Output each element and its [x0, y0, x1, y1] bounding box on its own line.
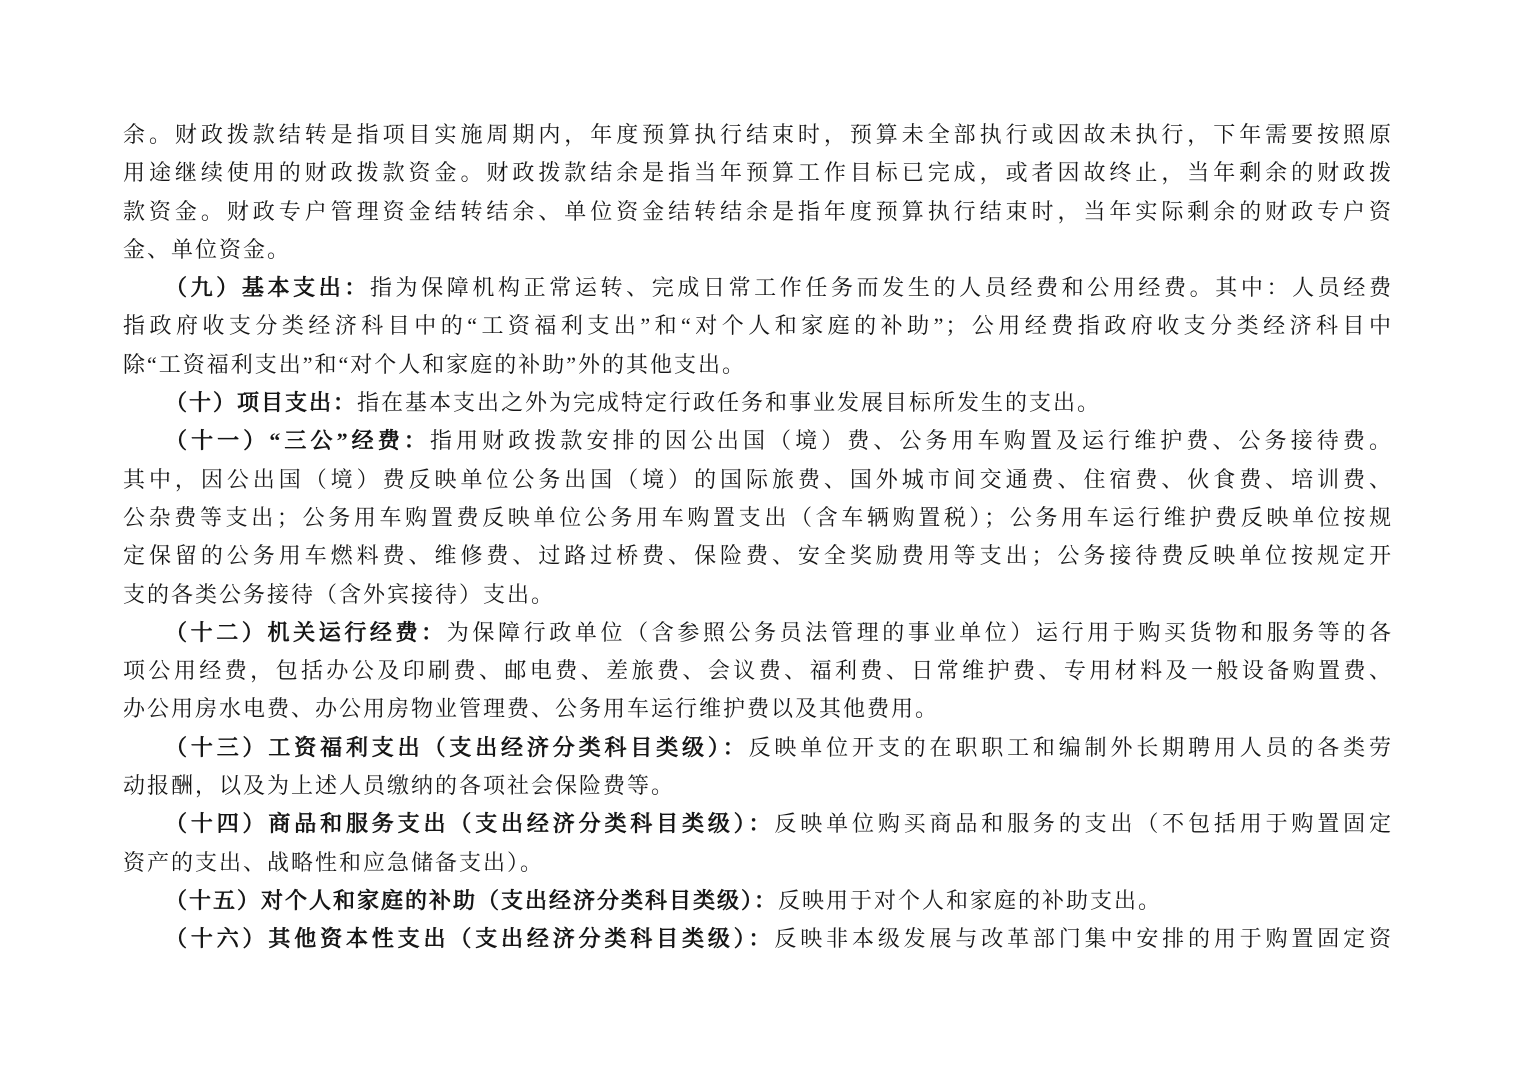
- line-text: 反映用于对个人和家庭的补助支出。: [778, 888, 1162, 913]
- doc-line: 定保留的公务用车燃料费、维修费、过路过桥费、保险费、安全奖励费用等支出；公务接待…: [123, 537, 1393, 575]
- doc-line: 用途继续使用的财政拨款资金。财政拨款结余是指当年预算工作目标已完成，或者因故终止…: [123, 154, 1393, 192]
- doc-line: 余。财政拨款结转是指项目实施周期内，年度预算执行结束时，预算未全部执行或因故未执…: [123, 116, 1393, 154]
- term-heading: （十）项目支出：: [165, 390, 357, 415]
- line-text: 其中，因公出国（境）费反映单位公务出国（境）的国际旅费、国外城市间交通费、住宿费…: [123, 467, 1393, 492]
- line-text: 金、单位资金。: [123, 237, 291, 262]
- line-text: 公杂费等支出；公务用车购置费反映单位公务用车购置支出（含车辆购置税）；公务用车运…: [123, 505, 1393, 530]
- doc-line: （十四）商品和服务支出（支出经济分类科目类级）：反映单位购买商品和服务的支出（不…: [123, 805, 1393, 843]
- line-text: 为保障行政单位（含参照公务员法管理的事业单位）运行用于购买货物和服务等的各: [447, 620, 1393, 645]
- doc-line: （十一）“三公”经费：指用财政拨款安排的因公出国（境）费、公务用车购置及运行维护…: [123, 422, 1393, 460]
- doc-line: （九）基本支出：指为保障机构正常运转、完成日常工作任务而发生的人员经费和公用经费…: [123, 269, 1393, 307]
- line-text: 款资金。财政专户管理资金结转结余、单位资金结转结余是指年度预算执行结束时，当年实…: [123, 199, 1393, 224]
- term-heading: （十三）工资福利支出（支出经济分类科目类级）：: [165, 735, 749, 760]
- term-heading: （十四）商品和服务支出（支出经济分类科目类级）：: [165, 811, 774, 836]
- doc-line: 金、单位资金。: [123, 231, 1393, 269]
- doc-line: 办公用房水电费、办公用房物业管理费、公务用车运行维护费以及其他费用。: [123, 690, 1393, 728]
- line-text: 用途继续使用的财政拨款资金。财政拨款结余是指当年预算工作目标已完成，或者因故终止…: [123, 160, 1393, 185]
- doc-line: （十）项目支出：指在基本支出之外为完成特定行政任务和事业发展目标所发生的支出。: [123, 384, 1393, 422]
- doc-line: 除“工资福利支出”和“对个人和家庭的补助”外的其他支出。: [123, 346, 1393, 384]
- line-text: 指在基本支出之外为完成特定行政任务和事业发展目标所发生的支出。: [357, 390, 1101, 415]
- line-text: 办公用房水电费、办公用房物业管理费、公务用车运行维护费以及其他费用。: [123, 696, 939, 721]
- doc-line: 支的各类公务接待（含外宾接待）支出。: [123, 576, 1393, 614]
- term-heading: （十二）机关运行经费：: [165, 620, 447, 645]
- line-text: 定保留的公务用车燃料费、维修费、过路过桥费、保险费、安全奖励费用等支出；公务接待…: [123, 543, 1393, 568]
- line-text: 支的各类公务接待（含外宾接待）支出。: [123, 582, 555, 607]
- line-text: 项公用经费，包括办公及印刷费、邮电费、差旅费、会议费、福利费、日常维护费、专用材…: [123, 658, 1393, 683]
- doc-line: （十二）机关运行经费：为保障行政单位（含参照公务员法管理的事业单位）运行用于购买…: [123, 614, 1393, 652]
- doc-line: （十三）工资福利支出（支出经济分类科目类级）：反映单位开支的在职职工和编制外长期…: [123, 729, 1393, 767]
- term-heading: （十一）“三公”经费：: [165, 428, 430, 453]
- document-page: 余。财政拨款结转是指项目实施周期内，年度预算执行结束时，预算未全部执行或因故未执…: [123, 116, 1393, 959]
- document-background: { "page": { "background": "#ffffff", "te…: [0, 0, 1520, 1074]
- line-text: 反映非本级发展与改革部门集中安排的用于购置固定资: [774, 926, 1393, 951]
- doc-line: （十六）其他资本性支出（支出经济分类科目类级）：反映非本级发展与改革部门集中安排…: [123, 920, 1393, 958]
- doc-line: 项公用经费，包括办公及印刷费、邮电费、差旅费、会议费、福利费、日常维护费、专用材…: [123, 652, 1393, 690]
- doc-line: 资产的支出、战略性和应急储备支出）。: [123, 844, 1393, 882]
- doc-line: 其中，因公出国（境）费反映单位公务出国（境）的国际旅费、国外城市间交通费、住宿费…: [123, 461, 1393, 499]
- line-text: 余。财政拨款结转是指项目实施周期内，年度预算执行结束时，预算未全部执行或因故未执…: [123, 122, 1393, 147]
- doc-line: 动报酬，以及为上述人员缴纳的各项社会保险费等。: [123, 767, 1393, 805]
- line-text: 资产的支出、战略性和应急储备支出）。: [123, 850, 544, 875]
- doc-line: 公杂费等支出；公务用车购置费反映单位公务用车购置支出（含车辆购置税）；公务用车运…: [123, 499, 1393, 537]
- term-heading: （十六）其他资本性支出（支出经济分类科目类级）：: [165, 926, 774, 951]
- line-text: 指政府收支分类经济科目中的“工资福利支出”和“对个人和家庭的补助”；公用经费指政…: [123, 313, 1393, 338]
- doc-line: 款资金。财政专户管理资金结转结余、单位资金结转结余是指年度预算执行结束时，当年实…: [123, 193, 1393, 231]
- line-text: 除“工资福利支出”和“对个人和家庭的补助”外的其他支出。: [123, 352, 746, 377]
- term-heading: （十五）对个人和家庭的补助（支出经济分类科目类级）：: [165, 888, 778, 913]
- doc-line: （十五）对个人和家庭的补助（支出经济分类科目类级）：反映用于对个人和家庭的补助支…: [123, 882, 1393, 920]
- doc-line: 指政府收支分类经济科目中的“工资福利支出”和“对个人和家庭的补助”；公用经费指政…: [123, 307, 1393, 345]
- line-text: 反映单位开支的在职职工和编制外长期聘用人员的各类劳: [749, 735, 1393, 760]
- line-text: 反映单位购买商品和服务的支出（不包括用于购置固定: [774, 811, 1393, 836]
- term-heading: （九）基本支出：: [165, 275, 370, 300]
- line-text: 指用财政拨款安排的因公出国（境）费、公务用车购置及运行维护费、公务接待费。: [430, 428, 1393, 453]
- line-text: 动报酬，以及为上述人员缴纳的各项社会保险费等。: [123, 773, 675, 798]
- line-text: 指为保障机构正常运转、完成日常工作任务而发生的人员经费和公用经费。其中：人员经费: [370, 275, 1393, 300]
